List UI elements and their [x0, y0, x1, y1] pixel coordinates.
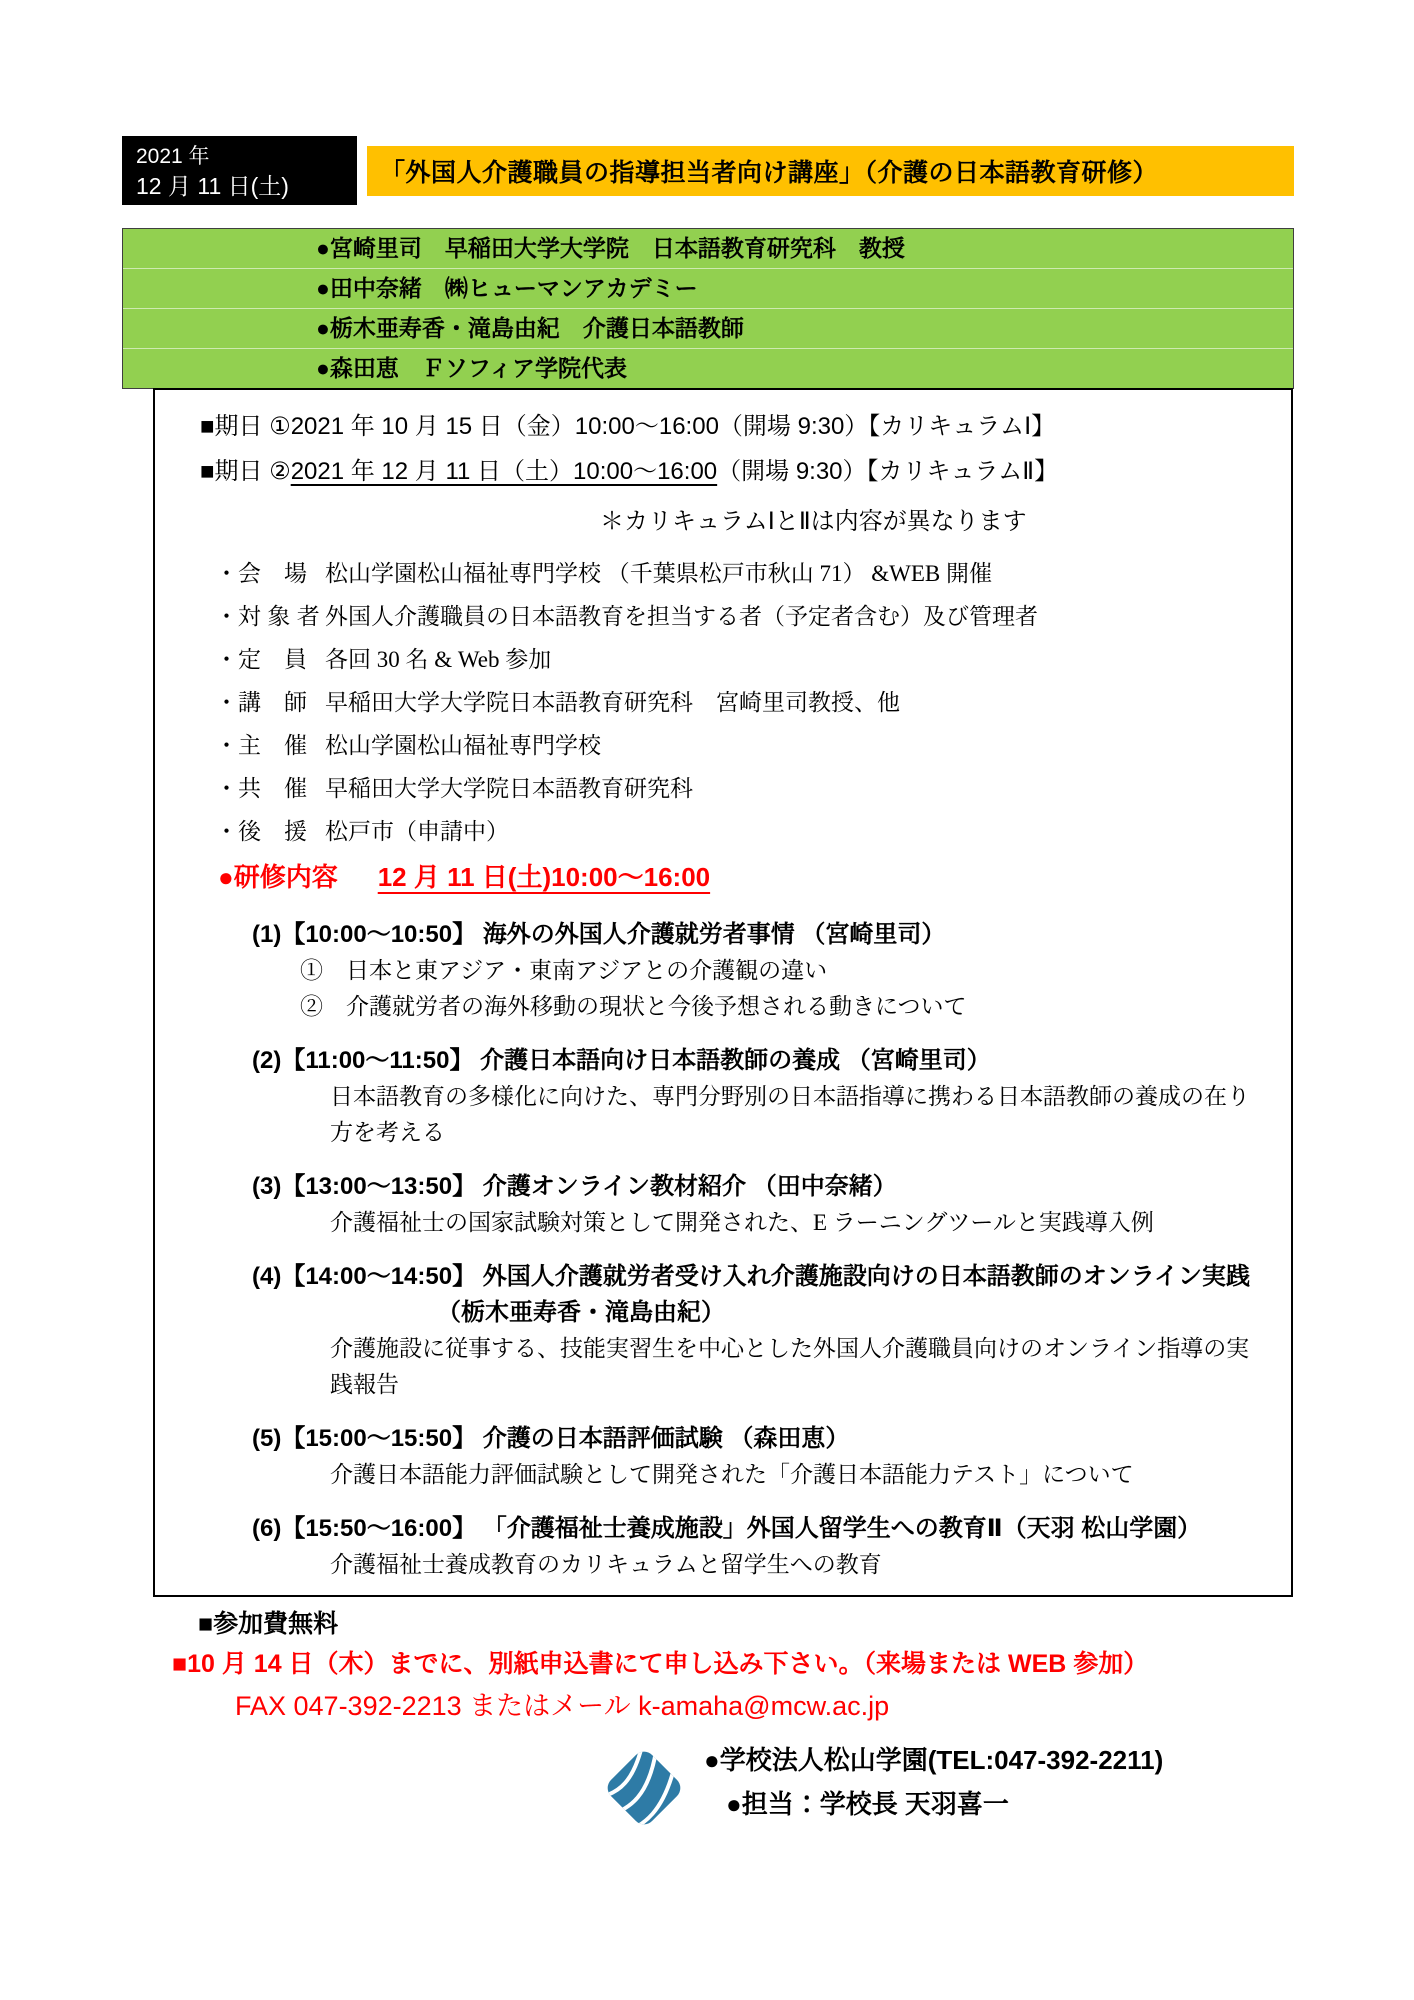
session-heading: (2)【11:00～11:50】 介護日本語向け日本語教師の養成 （宮崎里司）	[252, 1043, 1257, 1079]
contact-lines: ●学校法人松山学園(TEL:047-392-2211) ●担当：学校長 天羽喜一	[704, 1738, 1163, 1826]
training-contents-heading: ●研修内容12 月 11 日(土)10:00～16:00	[218, 855, 1257, 899]
session-5: (5)【15:00～15:50】 介護の日本語評価試験 （森田恵） 介護日本語能…	[252, 1421, 1257, 1493]
matsuyama-gakuen-logo-icon	[598, 1744, 690, 1832]
info-label: ・講 師	[215, 681, 325, 724]
curriculum-note: ＊カリキュラムⅠとⅡは内容が異なります	[600, 499, 1257, 544]
application-deadline-notice: ■10 月 14 日（木）までに、別紙申込書にて申し込み下さい。（来場または W…	[172, 1644, 1148, 1680]
info-label: ・主 催	[215, 724, 325, 767]
info-row-cohost: ・共 催早稲田大学大学院日本語教育研究科	[215, 767, 1257, 810]
main-content-box: ■期日 ①2021 年 10 月 15 日（金）10:00～16:00（開場 9…	[153, 388, 1293, 1597]
schedule-line-2: ■期日 ②2021 年 12 月 11 日（土）10:00～16:00（開場 9…	[200, 449, 1257, 494]
flyer-page: 2021 年 12 月 11 日(土) 「外国人介護職員の指導担当者向け講座」（…	[0, 0, 1414, 2000]
info-value: 松戸市（申請中）	[325, 819, 509, 844]
speakers-panel: ●宮崎里司 早稲田大学大学院 日本語教育研究科 教授 ●田中奈緒 ㈱ヒューマンア…	[122, 228, 1294, 389]
info-label: ・対 象 者	[215, 595, 325, 638]
training-datetime: 12 月 11 日(土)10:00～16:00	[378, 862, 710, 892]
event-year: 2021 年	[136, 142, 357, 171]
info-row-organizer: ・主 催松山学園松山福祉専門学校	[215, 724, 1257, 767]
event-date-box: 2021 年 12 月 11 日(土)	[122, 136, 357, 205]
session-detail: ① 日本と東アジア・東南アジアとの介護観の違い	[300, 953, 1257, 989]
speaker-item: ●栃木亜寿香・滝島由紀 介護日本語教師	[123, 309, 1293, 349]
session-description: 介護日本語能力評価試験として開発された「介護日本語能力テスト」について	[330, 1457, 1257, 1493]
session-heading: (6)【15:50～16:00】 「介護福祉士養成施設」外国人留学生への教育Ⅱ（…	[252, 1511, 1257, 1547]
session-2: (2)【11:00～11:50】 介護日本語向け日本語教師の養成 （宮崎里司） …	[252, 1043, 1257, 1151]
session-6: (6)【15:50～16:00】 「介護福祉士養成施設」外国人留学生への教育Ⅱ（…	[252, 1511, 1257, 1583]
info-row-capacity: ・定 員各回 30 名 & Web 参加	[215, 638, 1257, 681]
info-value: 松山学園松山福祉専門学校	[325, 733, 601, 758]
session-detail: ② 介護就労者の海外移動の現状と今後予想される動きについて	[300, 989, 1257, 1025]
info-table: ・会 場松山学園松山福祉専門学校 （千葉県松戸市秋山 71） &WEB 開催 ・…	[215, 552, 1257, 853]
schedule-text-underlined: 2021 年 12 月 11 日（土）10:00～16:00	[291, 458, 717, 485]
contact-person-line: ●担当：学校長 天羽喜一	[726, 1782, 1163, 1826]
session-3: (3)【13:00～13:50】 介護オンライン教材紹介 （田中奈緒） 介護福祉…	[252, 1169, 1257, 1241]
info-value: 外国人介護職員の日本語教育を担当する者（予定者含む）及び管理者	[325, 604, 1038, 629]
info-value: 松山学園松山福祉専門学校 （千葉県松戸市秋山 71） &WEB 開催	[325, 561, 992, 586]
session-description: 介護施設に従事する、技能実習生を中心とした外国人介護職員向けのオンライン指導の実…	[330, 1331, 1257, 1403]
title-banner: 「外国人介護職員の指導担当者向け講座」（介護の日本語教育研修）	[367, 146, 1294, 196]
schedule-line-1: ■期日 ①2021 年 10 月 15 日（金）10:00～16:00（開場 9…	[200, 404, 1257, 449]
info-label: ・定 員	[215, 638, 325, 681]
speaker-item: ●宮崎里司 早稲田大学大学院 日本語教育研究科 教授	[123, 229, 1293, 269]
info-value: 早稲田大学大学院日本語教育研究科	[325, 776, 693, 801]
speaker-item: ●森田恵 Ｆソフィア学院代表	[123, 349, 1293, 388]
info-value: 各回 30 名 & Web 参加	[325, 647, 551, 672]
fax-email-contact: FAX 047-392-2213 またはメール k-amaha@mcw.ac.j…	[235, 1684, 889, 1723]
session-4: (4)【14:00～14:50】 外国人介護就労者受け入れ介護施設向けの日本語教…	[252, 1259, 1257, 1403]
school-corporation-line: ●学校法人松山学園(TEL:047-392-2211)	[704, 1738, 1163, 1782]
school-contact-block: ●学校法人松山学園(TEL:047-392-2211) ●担当：学校長 天羽喜一	[598, 1738, 1163, 1832]
session-heading: (1)【10:00～10:50】 海外の外国人介護就労者事情 （宮崎里司）	[252, 917, 1257, 953]
info-label: ・共 催	[215, 767, 325, 810]
event-date: 12 月 11 日(土)	[136, 171, 357, 202]
session-description: 介護福祉士養成教育のカリキュラムと留学生への教育	[330, 1547, 1257, 1583]
info-label: ・後 援	[215, 810, 325, 853]
session-1: (1)【10:00～10:50】 海外の外国人介護就労者事情 （宮崎里司） ① …	[252, 917, 1257, 1025]
session-heading: (5)【15:00～15:50】 介護の日本語評価試験 （森田恵）	[252, 1421, 1257, 1457]
info-row-venue: ・会 場松山学園松山福祉専門学校 （千葉県松戸市秋山 71） &WEB 開催	[215, 552, 1257, 595]
info-value: 早稲田大学大学院日本語教育研究科 宮崎里司教授、他	[325, 690, 900, 715]
session-heading: (4)【14:00～14:50】 外国人介護就労者受け入れ介護施設向けの日本語教…	[252, 1259, 1257, 1331]
session-description: 日本語教育の多様化に向けた、専門分野別の日本語指導に携わる日本語教師の養成の在り…	[330, 1079, 1257, 1151]
info-row-support: ・後 援松戸市（申請中）	[215, 810, 1257, 853]
session-description: 介護福祉士の国家試験対策として開発された、E ラーニングツールと実践導入例	[330, 1205, 1257, 1241]
schedule-text: 2021 年 10 月 15 日（金）10:00～16:00（開場 9:30）【…	[291, 413, 1055, 440]
fee-free-notice: ■参加費無料	[198, 1604, 338, 1640]
speaker-item: ●田中奈緒 ㈱ヒューマンアカデミー	[123, 269, 1293, 309]
schedule-prefix: ■期日 ①	[200, 413, 291, 440]
schedule-prefix: ■期日 ②	[200, 458, 291, 485]
session-heading: (3)【13:00～13:50】 介護オンライン教材紹介 （田中奈緒）	[252, 1169, 1257, 1205]
training-label: ●研修内容	[218, 862, 338, 892]
info-label: ・会 場	[215, 552, 325, 595]
info-row-lecturer: ・講 師早稲田大学大学院日本語教育研究科 宮崎里司教授、他	[215, 681, 1257, 724]
schedule-text: （開場 9:30）【カリキュラムⅡ】	[717, 458, 1058, 485]
page-title: 「外国人介護職員の指導担当者向け講座」（介護の日本語教育研修）	[380, 153, 1158, 189]
info-row-audience: ・対 象 者外国人介護職員の日本語教育を担当する者（予定者含む）及び管理者	[215, 595, 1257, 638]
